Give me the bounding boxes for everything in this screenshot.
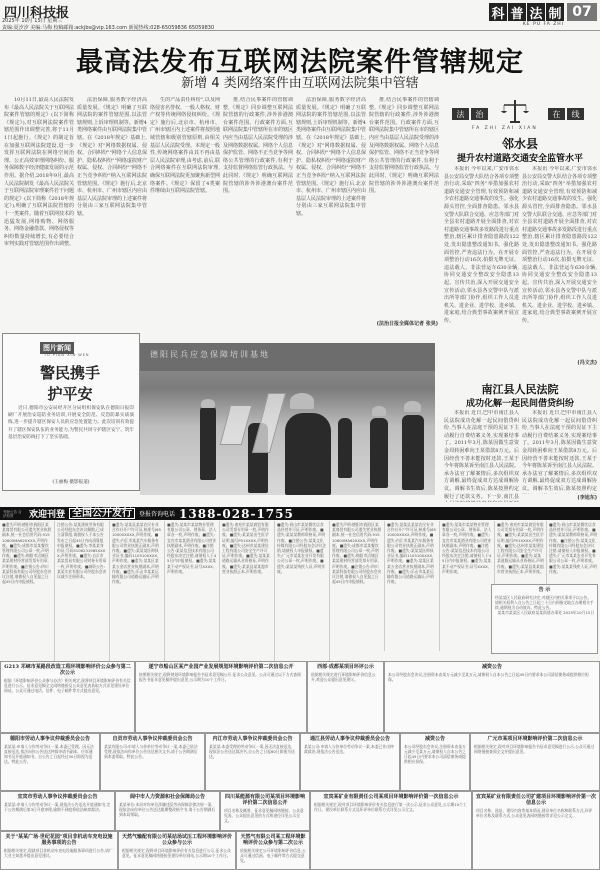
classified-column: ■遗失:南充市某某商贸有限公司发票专用章一枚,声明作废。■遗失:某某某出生医学证… (220, 521, 275, 661)
column-char: 治 (471, 108, 488, 120)
notice-body: 某某公司:申请人与你单位劳动争议一案,本委已作出仲裁裁决,现依法公告送达。 (304, 744, 396, 754)
notice-title: 告 示 (495, 587, 594, 593)
public-notice: 宜宾某矿业有限责任公司扩建项目环境影响评价第一次信息公示项目名称、选址、建设内容… (472, 791, 600, 870)
photo-helmet (201, 399, 215, 408)
public-notice: 关于"某某广场·世纪花园"项目非机动车充电设施服务事项的公告根据相关规定,现就项… (0, 831, 118, 870)
classified-column: ■遗失:眉山市某某餐饮店食品经营许可证,声明作废。■遗失:某某某教师资格证,声明… (547, 521, 600, 585)
story2-column-1: 本报讯 近日,巴中市南江县人民法院成功化解一起民间借贷纠纷,当事人在法庭干预的见… (444, 410, 519, 502)
notice-body: 某某某:本委受理的劳动争议一案,因无法直接送达,现依法公告送达裁决书,自公告之日… (209, 744, 296, 759)
news-photo-police-drill: 德阳民兵应急保障培训基地 (140, 343, 435, 495)
lead-text: 法治保障,服务数字经济高质量发展。《规定》明确了互联网法院的案件管辖范围,以法管… (77, 97, 147, 219)
notice-body: 根据相关规定,现就项目非机动车充电设施服务事项进行公告,请广大业主知悉并提出意见… (4, 848, 114, 858)
page-number: 07 (567, 3, 597, 21)
story1-credit: (冯文杰) (522, 359, 597, 366)
notice-title: 宜宾市劳动人事争议仲裁委员会公告 (4, 794, 111, 800)
section-char: 制 (546, 3, 564, 21)
lead-text: 推,结合民事案件的管辖调整,《规定》同步调整互联网法院管辖的行政案件,涉外涉港澳… (369, 97, 439, 196)
lead-column-5: 法治保障,服务数字经济高质量发展。《规定》明确了互联网法院的案件管辖范围,以法管… (296, 97, 366, 319)
notice-title: 遂宁市船山区某产业园产业发展规划环境影响评价第二次信息公开 (139, 664, 303, 670)
story1-column-1: 本报讯 今年以来,广安市邻水县公安局交警大队结合各项专项整治行动,采取"四务"举… (444, 166, 519, 366)
classified-ad-banner: 刊登公告 合法有效 欢迎刊登 全国公开发行 登报咨询电话 1388-028-17… (0, 507, 600, 520)
classified-column: ■遗失声明:德阳市旌阳区某某商贸有限公司遗失营业执照副本,统一社会信用代码:91… (330, 521, 385, 651)
story1-title-line2: 提升农村道路交通安全监管水平 (440, 151, 600, 164)
notice-title: G213 邛崃市某路段改造工程环境影响评价公众参与第二次公示 (4, 664, 131, 676)
notice-body: 依据相关规定公开环境影响评价信息,公众可通过信函、电子邮件等方式提交意见。 (240, 848, 306, 863)
public-notice: 自贡市劳动人事争议仲裁委员会公告某某有限公司:申请人与你单位劳动争议一案,本委已… (100, 733, 205, 791)
section-badge: 科 普 法 制 (489, 3, 564, 21)
notice-title: 德阳市劳动人事争议仲裁委员会公告 (4, 736, 96, 742)
notice-body: 本公司经股东会决议,注册资本由某万元减少至某万元,请债权人自本公告之日起45日内… (404, 744, 466, 764)
column-logo-fazhi-zaixian: 法 治 在 线 FA ZHI ZAI XIAN (452, 100, 592, 134)
public-notice: 广元市某项目环境影响评价第二次信息公示根据相关规定,现对项目环境影响报告书征求意… (470, 733, 600, 791)
notice-body: 根据《环境影响评价公众参与办法》相关规定,现将项目环境影响评价有关信息进行公示。… (4, 678, 131, 693)
photo-figure-foreground (285, 413, 331, 495)
notice-signature: 某某市某某区人民政府某某街道办事处 2025年10月15日 (495, 610, 594, 615)
public-notice: 通江县劳动人事争议仲裁委员会公告某某公司:申请人与你单位劳动争议一案,本委已作出… (300, 733, 400, 791)
photo-sign-text: 德阳民兵应急保障培训基地 (150, 349, 270, 360)
public-notice: 减资公告本公司经股东会决议,注册资本由某万元减少至某万元,请债权人自本公告之日起… (384, 661, 600, 733)
section-pinyin: KE PU FA ZHI (523, 22, 564, 27)
public-notice: 宜宾市劳动人事争议仲裁委员会公告某某某:申请人与你劳动争议一案,现依法公告送达开… (0, 791, 115, 831)
issue-date: 2025年 10月 15日 星期三 (2, 17, 62, 24)
notice-title: 宜宾某矿业有限责任公司某项目环境影响评价第一次信息公示 (314, 794, 468, 800)
notice-body: 某某有限公司:申请人与你单位劳动争议一案,本委已依法受理,现依法向你单位公告送达… (104, 744, 201, 759)
notice-body: 某某某:申请人与你劳动争议一案,本委已受理。因无法直接送达,依法向你公告送达仲裁… (4, 744, 96, 764)
lead-subheadline: 新增 4 类网络案件由互联网法院集中管辖 (0, 72, 600, 91)
notice-body: 根据相关规定,现将项目环境影响评价有关信息进行公示,征求公众意见。征求意见稿网络… (122, 848, 232, 858)
public-notice: 四川某能源有限公司某项目环境影响评价第二次信息公开项目名称及概要、征求意见稿网络… (220, 791, 310, 831)
newspaper-page: 四川科技报 2025年 10月 15日 星期三 责编:夏汐汐 美编:马梅 校稿邮… (0, 0, 600, 870)
photo-helmet (290, 393, 314, 409)
story1-text: 本报讯 今年以来,广安市邻水县公安局交警大队结合各项专项整治行动,采取"四务"举… (522, 166, 597, 325)
photo-figure (200, 405, 216, 480)
masthead-divider (0, 30, 600, 31)
photo-news-credit: (王丽梅 摄影报道) (8, 479, 134, 485)
classified-column: ■遗失:某某市某某物业管理有限公司公章、财务章、法人章各一枚,声明作废。■遗失:… (165, 521, 220, 661)
notice-title: 阆中市人力资源和社会保障局公告 (119, 794, 216, 800)
notice-body: 某某某:申请人与你劳动争议一案,现依法公告送达开庭通知书,定于公告期满后第3日开… (4, 802, 111, 812)
public-notice: 西部·成都某项目环评公示依据相关规定进行环境影响评价信息公开,欢迎公众提出意见建… (307, 661, 384, 733)
classified-column: ■遗失:南充市某某商贸有限公司发票专用章一枚,声明作废。■遗失:某某某出生医学证… (495, 521, 547, 585)
lead-column-2: 法治保障,服务数字经济高质量发展。《规定》明确了互联网法院的案件管辖范围,以法管… (77, 97, 147, 329)
section-char: 法 (527, 3, 545, 21)
lead-column-1: 10月11日,最高人民法院发布《最高人民法院关于互联网法院案件管辖的规定》(以下… (4, 97, 74, 329)
lead-column-3: 生的产品责任纠纷",以及网络侵害名誉权、一般人格权、财产权等传统网络侵权纠纷。《… (150, 97, 220, 329)
notice-title: 减资公告 (404, 736, 466, 742)
public-notice: 德阳市劳动人事争议仲裁委员会公告某某某:申请人与你劳动争议一案,本委已受理。因无… (0, 733, 100, 791)
public-notice: 天然气有限公司某工程环境影响评价公众参与第二次公示依据相关规定公开环境影响评价信… (236, 831, 310, 870)
story1-text: 本报讯 今年以来,广安市邻水县公安局交警大队结合各项专项整治行动,采取"四务"举… (444, 166, 519, 325)
banner-national: 全国公开发行 (69, 508, 135, 519)
lead-text: 生的产品责任纠纷",以及网络侵害名誉权、一般人格权、财产权等传统网络侵权纠纷。《… (150, 97, 220, 196)
photo-news-text: 近日,德阳市公安局经开区分局组织保安队在德阳日报印刷厂开展治安巡防业务培训,开展… (8, 405, 134, 441)
banner-welcome: 欢迎刊登 (29, 507, 65, 520)
notice-title: 内江市劳动人事争议仲裁委员会公告 (209, 736, 296, 742)
photo-helmet (404, 401, 421, 412)
story2-credit: (李旭东) (522, 494, 597, 501)
notice-title: 天然气输配有限公司某站场试压工程环境影响评价公众参与公示 (122, 834, 232, 846)
notice-body: 根据相关规定,现对项目环境影响报告书征求意见稿进行公示,公众可通过网络链接查阅全… (474, 744, 596, 754)
notice-body: 某某单位:本局对你单位涉嫌违反劳动保障法律法规一案,现依法向你单位公告送达限期整… (119, 802, 216, 817)
photo-figure (402, 415, 424, 490)
classified-column: ■遗失:眉山市某某餐饮店食品经营许可证,声明作废。■遗失:某某某教师资格证,声明… (275, 521, 330, 661)
lead-text: 推,结合民事案件的管辖调整,《规定》同步调整互联网法院管辖的行政案件,涉外涉港澳… (223, 97, 293, 196)
story1-column-2: 本报讯 今年以来,广安市邻水县公安局交警大队结合各项专项整治行动,采取"四务"举… (522, 166, 597, 359)
notice-body: 根据相关规定,现对项目环境影响评价有关信息进行第一次公示,征求公众意见,公示期1… (314, 802, 468, 812)
column-pinyin: FA ZHI ZAI XIAN (472, 126, 538, 131)
photo-news-body: 近日,德阳市公安局经开区分局组织保安队在德阳日报印刷厂开展治安巡防业务培训,开展… (8, 405, 134, 479)
notice-body: 本公司经股东会决议,注册资本由某万元减少至某万元,请债权人自本公告之日起45日内… (388, 672, 596, 682)
column-char: 法 (452, 108, 469, 120)
lead-column-4: 推,结合民事案件的管辖调整,《规定》同步调整互联网法院管辖的行政案件,涉外涉港澳… (223, 97, 293, 329)
classified-column: 注销公告:某某建筑劳务有限公司经股东会决议解散,已成立清算组,请债权人于本公告发… (55, 521, 110, 661)
story2-title-line2: 成功化解一起民间借贷纠纷 (440, 396, 600, 409)
notice-title: 西部·成都某项目环评公示 (311, 664, 380, 670)
section-char: 普 (508, 3, 526, 21)
public-notice: 内江市劳动人事争议仲裁委员会公告某某某:本委受理的劳动争议一案,因无法直接送达,… (205, 733, 300, 791)
public-notice: 天然气输配有限公司某站场试压工程环境影响评价公众参与公示根据相关规定,现将项目环… (118, 831, 236, 870)
notice-body: 项目名称、选址、建设内容等基本情况,建设单位名称和联系方式,环评单位名称及联系方… (476, 808, 596, 818)
banner-small-text: 刊登公告 合法有效 (3, 510, 25, 518)
notice-box-gaoshi: 告 示 经某某区人民政府研究决定,对辖区内相关事项予以公告。请相关权利人自公告之… (491, 584, 598, 654)
photo-figure (338, 418, 352, 478)
notice-title: 关于"某某广场·世纪花园"项目非机动车充电设施服务事项的公告 (4, 834, 114, 846)
column-char: 在 (548, 108, 565, 120)
lead-column-6: 推,结合民事案件的管辖调整,《规定》同步调整互联网法院管辖的行政案件,涉外涉港澳… (369, 97, 439, 319)
public-notice: 宜宾某矿业有限责任公司某项目环境影响评价第一次信息公示根据相关规定,现对项目环境… (310, 791, 472, 870)
photo-news-title-line2: 护平安 (10, 383, 130, 404)
notice-body: 依据相关规定进行环境影响评价信息公开,欢迎公众提出意见建议。 (311, 672, 380, 682)
story2-title-line1: 南江县人民法院 (440, 381, 600, 397)
column-char: 线 (567, 108, 584, 120)
photo-helmet (372, 406, 386, 416)
public-notice: 遂宁市船山区某产业园产业发展规划环境影响评价第二次信息公开按照相关规定,现将规划… (135, 661, 307, 733)
story2-text: 本报讯 近日,巴中市南江县人民法院成功化解一起民间借贷纠纷,当事人在法庭干预的见… (444, 410, 519, 502)
public-notice: 减资公告本公司经股东会决议,注册资本由某万元减少至某万元,请债权人自本公告之日起… (400, 733, 470, 791)
notice-body: 按照相关规定,现将规划环境影响报告书征求意见稿公开,征求公众意见。公众可通过以下… (139, 672, 303, 682)
notice-body: 经某某区人民政府研究决定,对辖区内相关事项予以公告。请相关权利人自公告之日起三十… (495, 595, 594, 610)
story1-title-line1: 邻水县 (440, 135, 600, 152)
classified-column: ■遗失:某某县某某农民专业合作社开户许可证,核准号J6510000XXXX,声明… (110, 521, 165, 661)
photo-figure (370, 418, 388, 488)
story2-text: 本报讯 近日,巴中市南江县人民法院成功化解一起民间借贷纠纷,当事人在法庭干预的见… (522, 410, 597, 494)
public-notice: 阆中市人力资源和社会保障局公告某某单位:本局对你单位涉嫌违反劳动保障法律法规一案… (115, 791, 220, 831)
classified-column: ■遗失:某某县某某农民专业合作社开户许可证,核准号J6510000XXXX,声明… (385, 521, 440, 651)
section-char: 科 (489, 3, 507, 21)
banner-phone: 1388-028-1755 (179, 507, 294, 520)
photo-news-tag-pinyin: TU PIAN XIN WEN (44, 353, 90, 357)
notice-title: 减资公告 (388, 664, 596, 670)
notice-title: 天然气有限公司某工程环境影响评价公众参与第二次公示 (240, 834, 306, 846)
notice-title: 宜宾某矿业有限责任公司扩建项目环境影响评价第一次信息公示 (476, 794, 596, 806)
public-notice: G213 邛崃市某路段改造工程环境影响评价公众参与第二次公示根据《环境影响评价公… (0, 661, 135, 733)
lead-credit: (法治日报全媒体记者 张昊) (300, 320, 438, 327)
classified-column: ■遗失声明:德阳市旌阳区某某商贸有限公司遗失营业执照副本,统一社会信用代码:91… (0, 521, 55, 661)
notice-title: 四川某能源有限公司某项目环境影响评价第二次信息公开 (224, 794, 306, 806)
notice-title: 通江县劳动人事争议仲裁委员会公告 (304, 736, 396, 742)
notice-title: 广元市某项目环境影响评价第二次信息公示 (474, 736, 596, 742)
notice-body: 项目名称及概要、征求意见稿网络链接、公众意见表、公众提出意见的方式和途径详见公示… (224, 808, 306, 823)
notice-title: 自贡市劳动人事争议仲裁委员会公告 (104, 736, 201, 742)
banner-hotline-label: 登报咨询电话 (139, 509, 175, 518)
story2-column-2: 本报讯 近日,巴中市南江县人民法院成功化解一起民间借贷纠纷,当事人在法庭干预的见… (522, 410, 597, 494)
lead-text: 10月11日,最高人民法院发布《最高人民法院关于互联网法院案件管辖的规定》(以下… (4, 97, 74, 249)
photo-news-title-line1: 警民携手 (10, 362, 130, 383)
classified-column: ■遗失:某某市某某物业管理有限公司公章、财务章、法人章各一枚,声明作废。■遗失:… (440, 521, 495, 585)
lead-text: 法治保障,服务数字经济高质量发展。《规定》明确了互联网法院的案件管辖范围,以法管… (296, 97, 366, 219)
scales-of-justice-icon (514, 100, 530, 122)
